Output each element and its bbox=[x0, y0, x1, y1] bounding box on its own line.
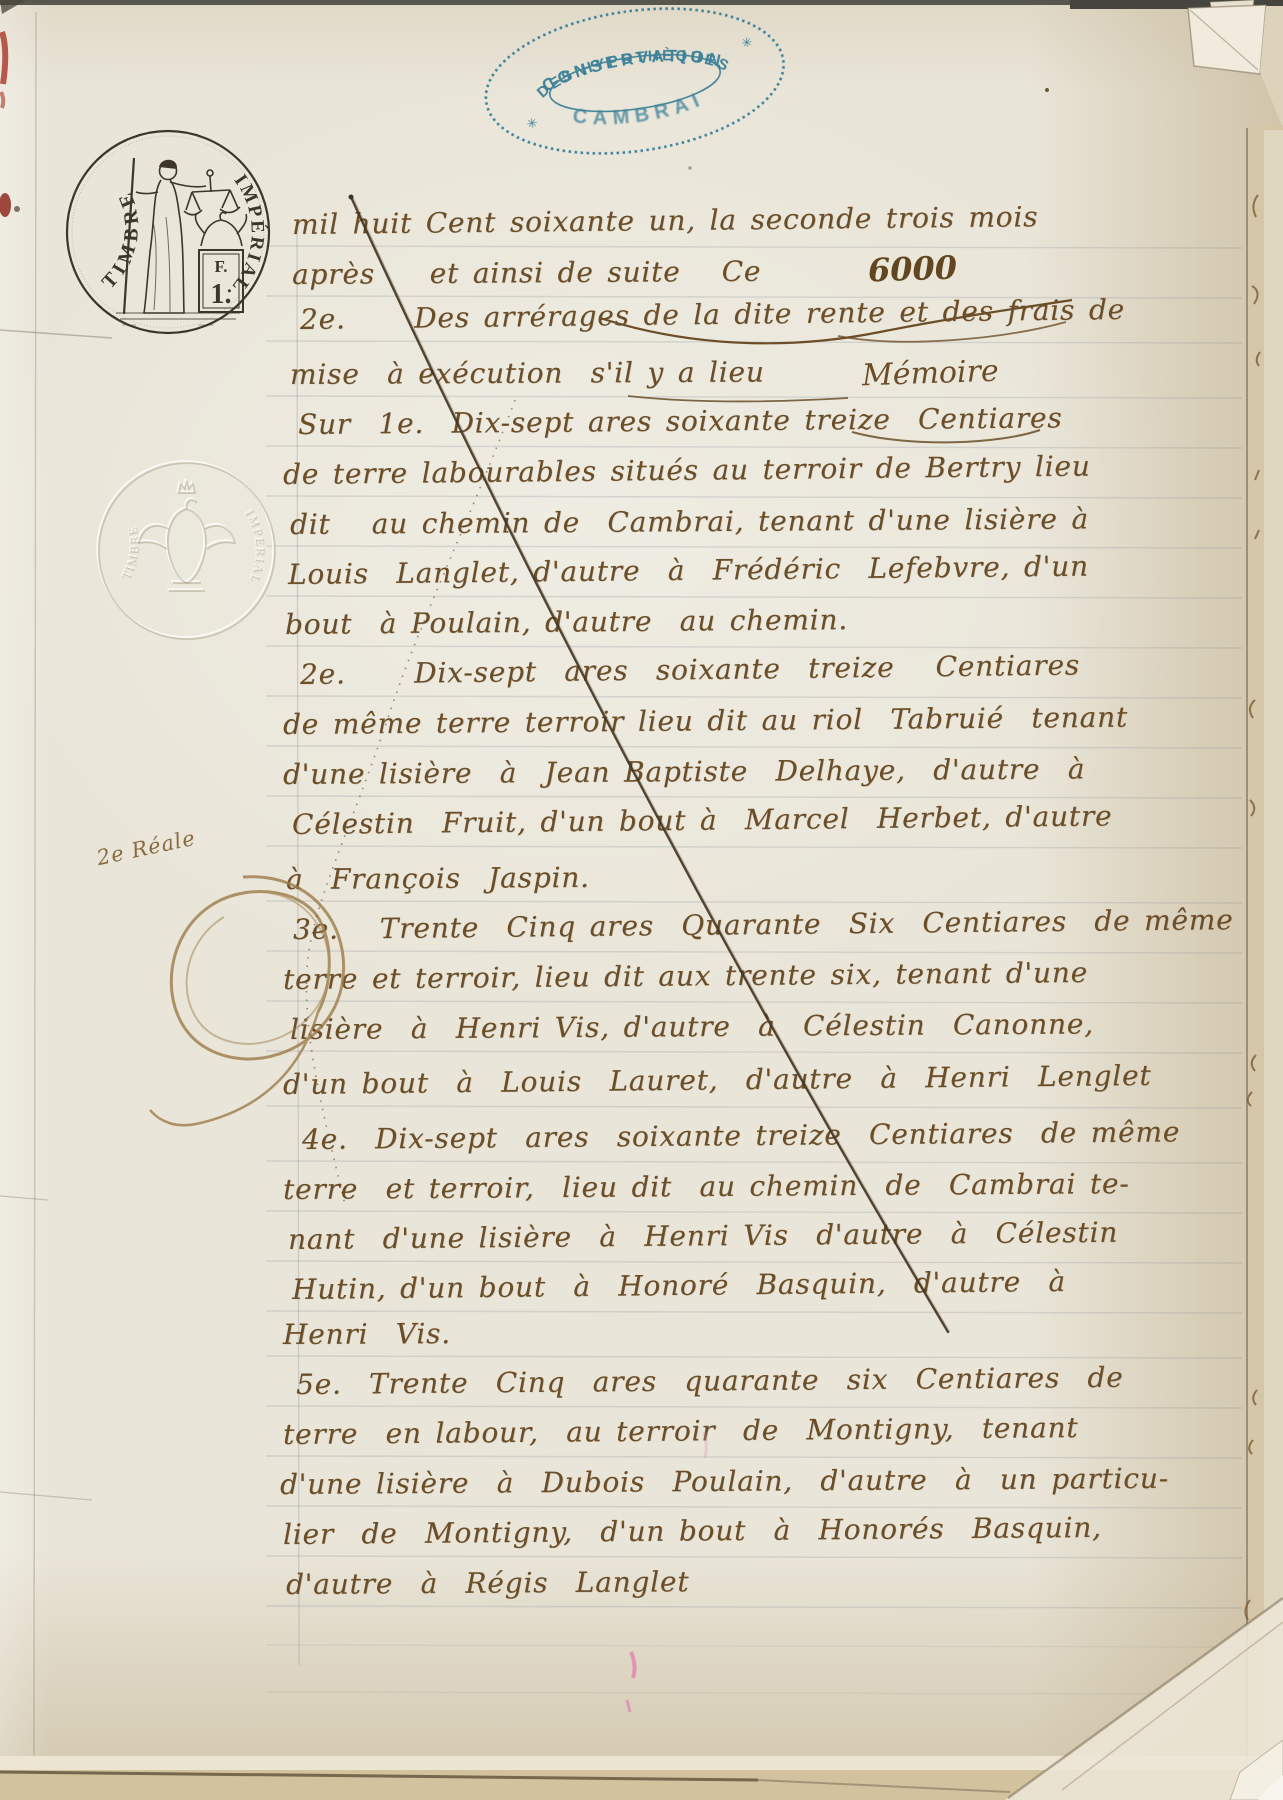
manuscript-line: Célestin Fruit, d'un bout à Marcel Herbe… bbox=[292, 799, 1113, 841]
manuscript-line: de même terre terroir lieu dit au riol T… bbox=[283, 701, 1128, 741]
manuscript-line: d'un bout à Louis Lauret, d'autre à Henr… bbox=[283, 1059, 1152, 1101]
manuscript-line: Hutin, d'un bout à Honoré Basquin, d'aut… bbox=[292, 1265, 1066, 1306]
manuscript-line: Henri Vis. bbox=[283, 1317, 451, 1351]
manuscript-line: 2e. Des arrérages de la dite rente et de… bbox=[300, 293, 1125, 336]
manuscript-line: dit au chemin de Cambrai, tenant d'une l… bbox=[290, 502, 1089, 541]
manuscript-line: mil huit Cent soixante un, la seconde tr… bbox=[292, 200, 1039, 241]
manuscript-line: de terre labourables situés au terroir d… bbox=[283, 450, 1091, 491]
manuscript-line: d'autre à Régis Langlet bbox=[286, 1565, 690, 1601]
manuscript-line: nant d'une lisière à Henri Vis d'autre à… bbox=[288, 1216, 1118, 1256]
manuscript-line: à François Jaspin. bbox=[286, 861, 590, 896]
manuscript-lines: mil huit Cent soixante un, la seconde tr… bbox=[0, 0, 1283, 1800]
manuscript-line: bout à Poulain, d'autre au chemin. bbox=[285, 603, 848, 641]
manuscript-line: 2e. Dix-sept ares soixante treize Centia… bbox=[300, 648, 1080, 691]
manuscript-line: terre et terroir, lieu dit au chemin de … bbox=[283, 1167, 1130, 1206]
amount-value: 6000 bbox=[867, 248, 957, 289]
manuscript-line: terre et terroir, lieu dit aux trente si… bbox=[283, 956, 1088, 996]
manuscript-line: après et ainsi de suite Ce bbox=[292, 255, 761, 291]
manuscript-line: Louis Langlet, d'autre à Frédéric Lefebv… bbox=[288, 550, 1089, 591]
memoire-label: Mémoire bbox=[861, 354, 999, 394]
manuscript-line: d'une lisière à Dubois Poulain, d'autre … bbox=[280, 1462, 1169, 1501]
manuscript-line: terre en labour, au terroir de Montigny,… bbox=[283, 1411, 1079, 1451]
manuscript-line: Sur 1e. Dix-sept ares soixante treize Ce… bbox=[298, 401, 1063, 441]
manuscript-line: 4e. Dix-sept ares soixante treize Centia… bbox=[302, 1115, 1180, 1156]
manuscript-line: 5e. Trente Cinq ares quarante six Centia… bbox=[296, 1361, 1124, 1401]
manuscript-line: mise à exécution s'il y a lieu bbox=[290, 356, 765, 391]
scanned-document-page: TIMBRE IMPERIAL mil huit Cent soixante u… bbox=[0, 0, 1283, 1800]
manuscript-line: lier de Montigny, d'un bout à Honorés Ba… bbox=[283, 1511, 1102, 1551]
manuscript-line: 3e. Trente Cinq ares Quarante Six Centia… bbox=[293, 903, 1234, 946]
manuscript-line: lisière à Henri Vis, d'autre à Célestin … bbox=[290, 1007, 1094, 1046]
manuscript-line: d'une lisière à Jean Baptiste Delhaye, d… bbox=[283, 752, 1085, 791]
